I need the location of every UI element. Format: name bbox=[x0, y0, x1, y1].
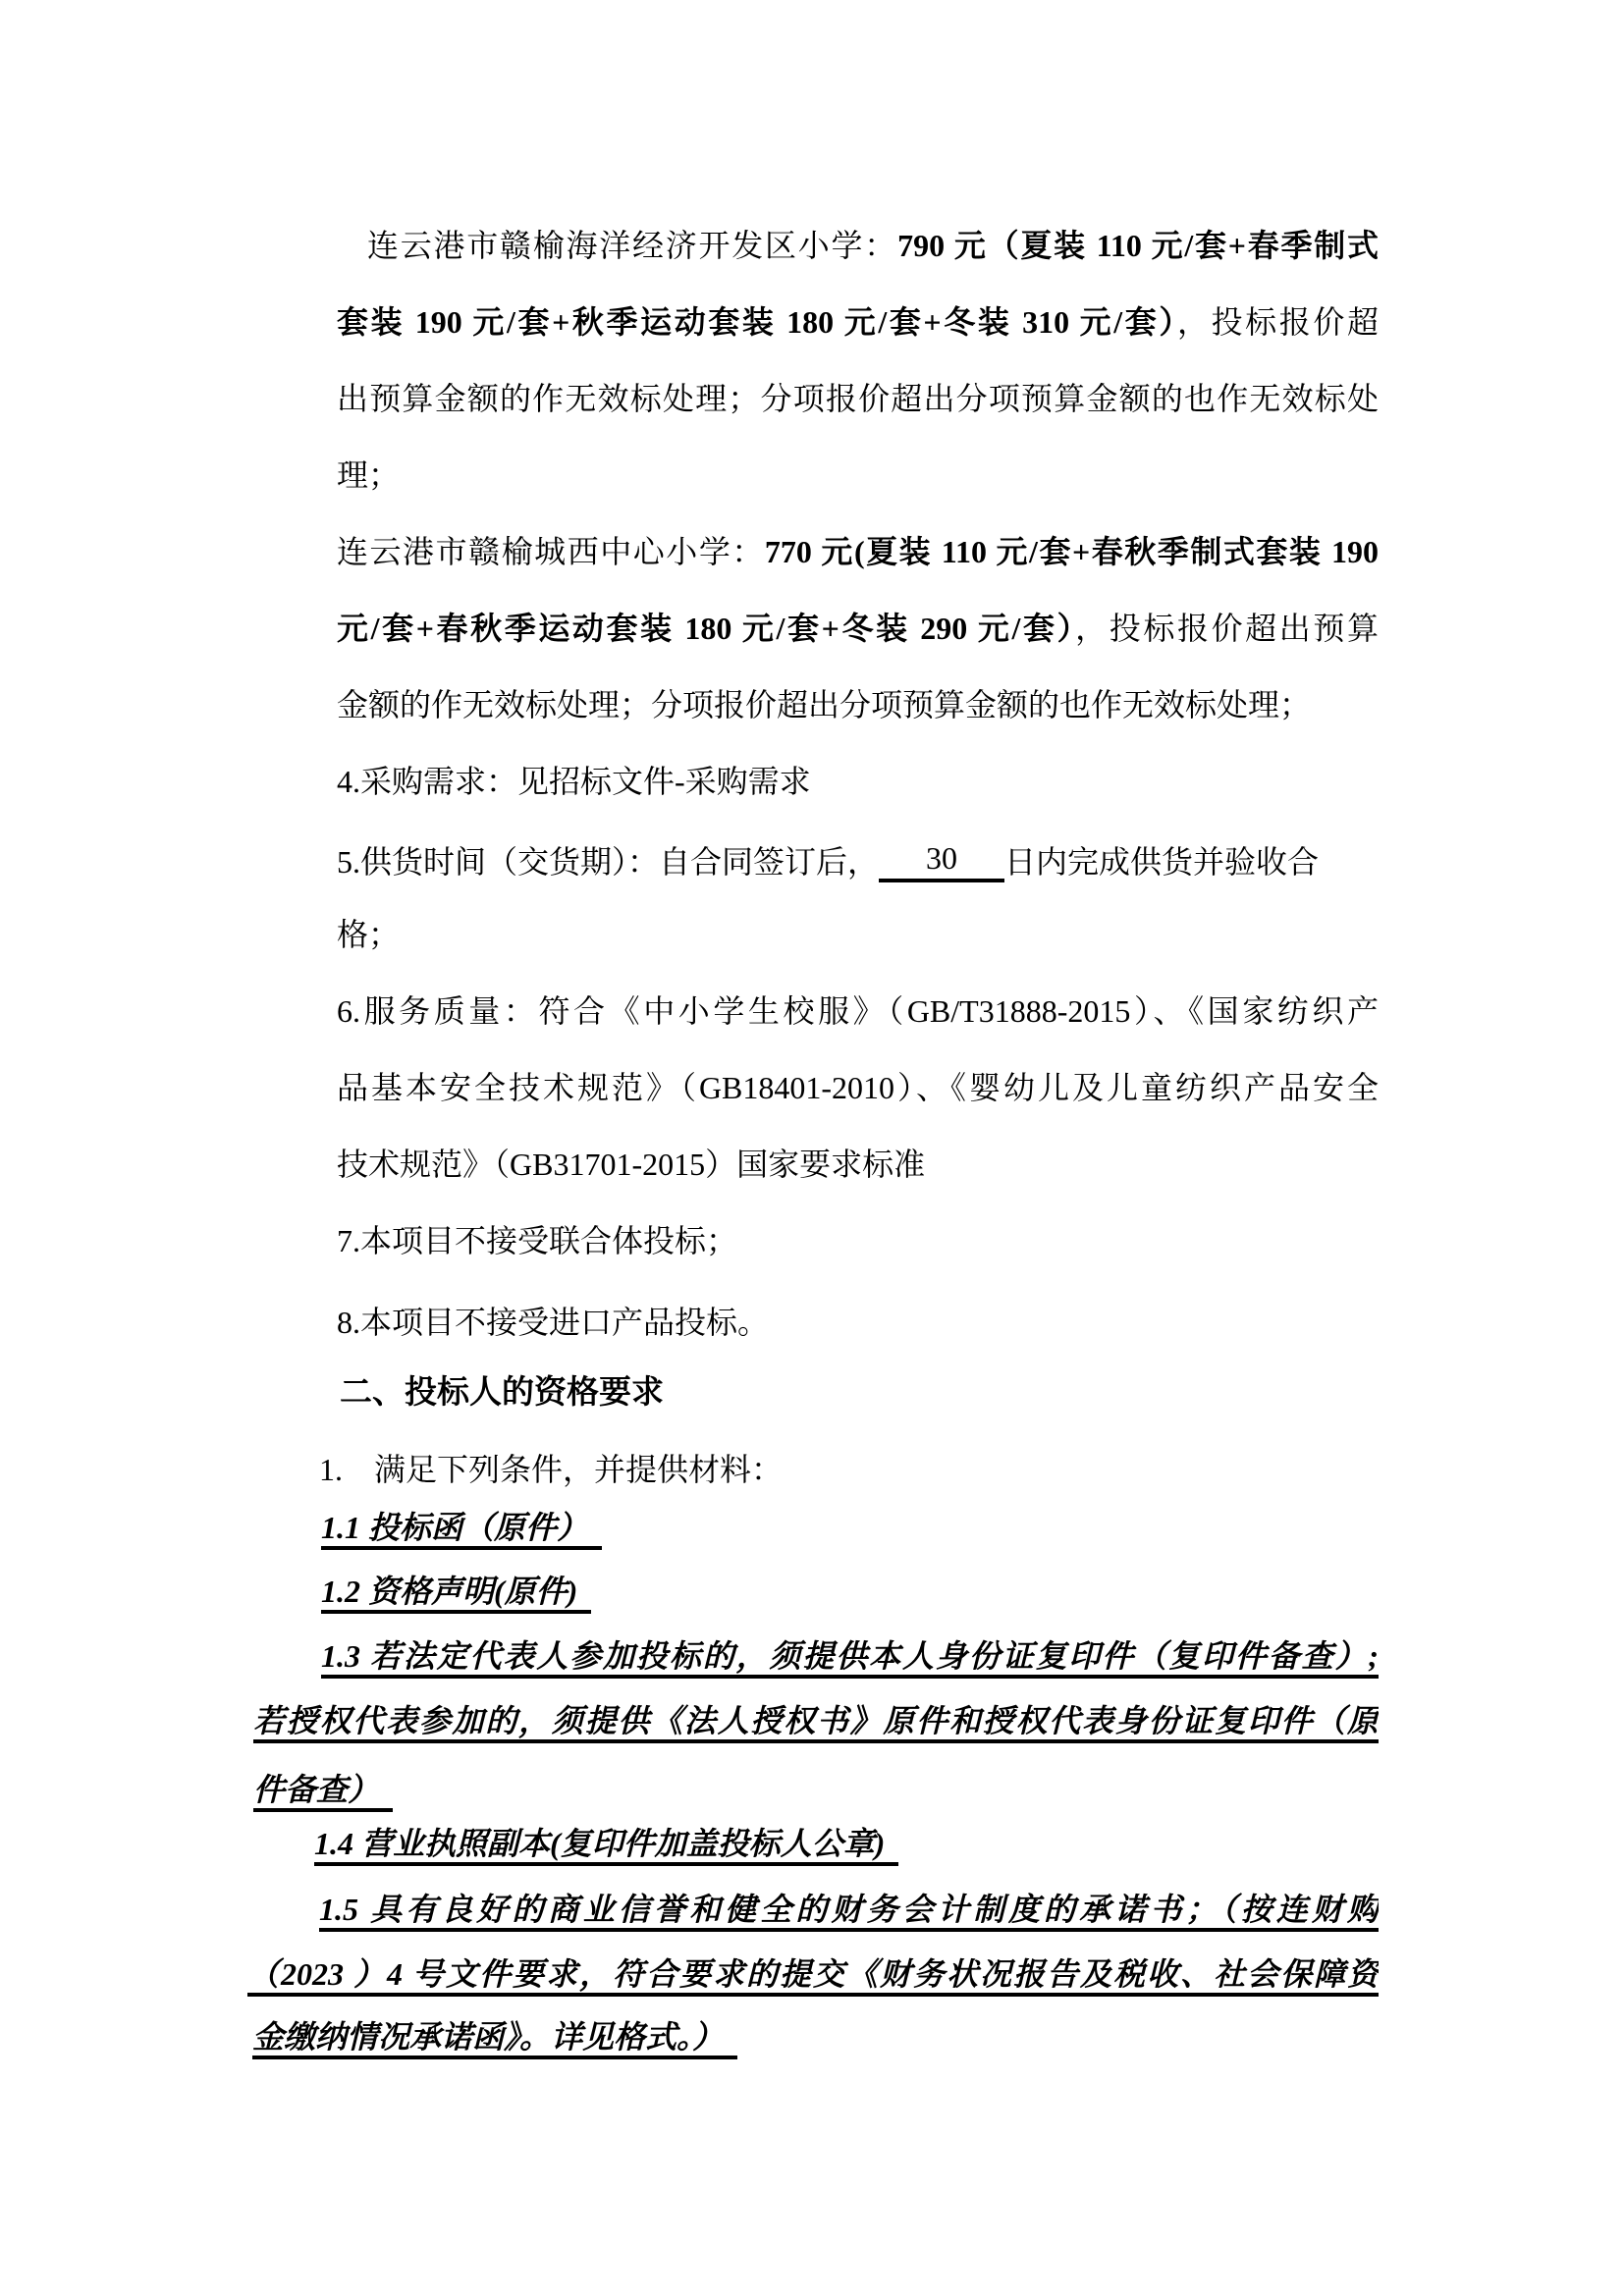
item-1-2-qualification-declaration: 1.2 资格声明(原件) bbox=[321, 1573, 591, 1614]
item-1-4-text: 1.4 营业执照副本(复印件加盖投标人公章) bbox=[314, 1826, 885, 1861]
section-2-heading: 二、投标人的资格要求 bbox=[340, 1370, 664, 1414]
school2-price-note: ，投标报价超出预算 bbox=[1075, 611, 1379, 646]
item-1-5-text-3: 金缴纳情况承诺函》。详见格式。） bbox=[252, 2019, 724, 2055]
school1-price-bold: 790 元（夏装 110 元/套+春季制式 bbox=[897, 228, 1379, 263]
document-page: 连云港市赣榆海洋经济开发区小学：790 元（夏装 110 元/套+春季制式 套装… bbox=[0, 0, 1624, 2296]
school2-price-bold: 770 元(夏装 110 元/套+春秋季制式套装 190 bbox=[765, 534, 1379, 569]
item-1-3-id-requirements-line-2: 若授权代表参加的，须提供《法人授权书》原件和授权代表身份证复印件（原 bbox=[253, 1702, 1379, 1743]
item-1-1-text: 1.1 投标函（原件） bbox=[321, 1510, 588, 1545]
item-1-conditions-intro: 1. 满足下列条件，并提供材料： bbox=[319, 1449, 783, 1490]
item-7-text: 7.本项目不接受联合体投标； bbox=[337, 1223, 737, 1258]
item-6-text-1: 6.服务质量：符合《中小学生校服》（GB/T31888-2015）、《国家纺织产 bbox=[337, 993, 1379, 1029]
item-1-5-text-1: 1.5 具有良好的商业信誉和健全的财务会计制度的承诺书；（按连财购 bbox=[319, 1892, 1379, 1927]
item-5-delivery-time-cont: 格； bbox=[337, 914, 400, 955]
item-8-no-imported-products: 8.本项目不接受进口产品投标。 bbox=[337, 1302, 769, 1343]
item-6-text-2: 品基本安全技术规范》（GB18401-2010）、《婴幼儿及儿童纺织产品安全 bbox=[337, 1070, 1379, 1105]
item-1-text: 1. 满足下列条件，并提供材料： bbox=[319, 1452, 783, 1487]
school2-name: 连云港市赣榆城西中心小学： bbox=[337, 534, 765, 569]
item-5-text-before-blank: 5.供货时间（交货期）：自合同签订后， bbox=[337, 844, 879, 880]
item-5-delivery-time: 5.供货时间（交货期）：自合同签订后，30日内完成供货并验收合 bbox=[337, 837, 1319, 882]
item-1-5-commitment-letter-line-1: 1.5 具有良好的商业信誉和健全的财务会计制度的承诺书；（按连财购 bbox=[319, 1891, 1379, 1932]
item-6-service-quality-line-1: 6.服务质量：符合《中小学生校服》（GB/T31888-2015）、《国家纺织产 bbox=[337, 990, 1379, 1032]
school2-invalid-bid-text: 金额的作无效标处理；分项报价超出分项预算金额的也作无效标处理； bbox=[337, 687, 1311, 722]
school2-price-line-1: 连云港市赣榆城西中心小学：770 元(夏装 110 元/套+春秋季制式套装 19… bbox=[337, 531, 1379, 572]
school2-price-bold-cont: 元/套+春秋季运动套装 180 元/套+冬装 290 元/套） bbox=[337, 611, 1075, 646]
item-1-5-text-2: （2023 ）4 号文件要求，符合要求的提交《财务状况报告及税收、社会保障资 bbox=[247, 1956, 1379, 1992]
item-1-2-text: 1.2 资格声明(原件) bbox=[321, 1574, 577, 1609]
item-6-text-3: 技术规范》（GB31701-2015）国家要求标准 bbox=[337, 1147, 925, 1182]
item-1-3-text-1: 1.3 若法定代表人参加投标的，须提供本人身份证复印件（复印件备查）; bbox=[321, 1638, 1379, 1674]
item-4-text: 4.采购需求：见招标文件-采购需求 bbox=[337, 764, 811, 799]
item-1-3-text-2: 若授权代表参加的，须提供《法人授权书》原件和授权代表身份证复印件（原 bbox=[253, 1703, 1379, 1738]
item-1-1-bid-letter: 1.1 投标函（原件） bbox=[321, 1509, 602, 1550]
school1-price-note: ，投标报价超 bbox=[1177, 304, 1379, 340]
delivery-days-blank: 30 bbox=[879, 837, 1004, 882]
item-1-4-business-license: 1.4 营业执照副本(复印件加盖投标人公章) bbox=[314, 1825, 898, 1866]
school1-price-bold-cont: 套装 190 元/套+秋季运动套装 180 元/套+冬装 310 元/套） bbox=[337, 304, 1177, 340]
school1-price-line-4: 理； bbox=[337, 454, 400, 496]
item-5-text-after-blank: 日内完成供货并验收合 bbox=[1004, 844, 1319, 880]
school1-price-line-2: 套装 190 元/套+秋季运动套装 180 元/套+冬装 310 元/套），投标… bbox=[337, 301, 1379, 343]
item-6-service-quality-line-2: 品基本安全技术规范》（GB18401-2010）、《婴幼儿及儿童纺织产品安全 bbox=[337, 1067, 1379, 1108]
item-1-3-id-requirements-line-3: 件备查） bbox=[253, 1771, 393, 1812]
school1-invalid-bid-text: 出预算金额的作无效标处理；分项报价超出分项预算金额的也作无效标处 bbox=[337, 381, 1379, 416]
school2-price-line-3: 金额的作无效标处理；分项报价超出分项预算金额的也作无效标处理； bbox=[337, 684, 1311, 725]
item-5-tail: 格； bbox=[337, 917, 400, 952]
school1-price-line-3: 出预算金额的作无效标处理；分项报价超出分项预算金额的也作无效标处 bbox=[337, 378, 1379, 419]
item-1-3-id-requirements-line-1: 1.3 若法定代表人参加投标的，须提供本人身份证复印件（复印件备查）; bbox=[321, 1637, 1379, 1679]
item-7-no-consortium-bids: 7.本项目不接受联合体投标； bbox=[337, 1220, 737, 1261]
section-2-heading-text: 二、投标人的资格要求 bbox=[340, 1373, 664, 1410]
item-8-text: 8.本项目不接受进口产品投标。 bbox=[337, 1305, 769, 1340]
school2-price-line-2: 元/套+春秋季运动套装 180 元/套+冬装 290 元/套），投标报价超出预算 bbox=[337, 608, 1379, 649]
item-1-3-text-3: 件备查） bbox=[253, 1772, 379, 1807]
item-6-service-quality-line-3: 技术规范》（GB31701-2015）国家要求标准 bbox=[337, 1144, 925, 1185]
school1-price-line-1: 连云港市赣榆海洋经济开发区小学：790 元（夏装 110 元/套+春季制式 bbox=[367, 225, 1379, 266]
school1-invalid-bid-tail: 理； bbox=[337, 457, 400, 493]
item-1-5-commitment-letter-line-3: 金缴纳情况承诺函》。详见格式。） bbox=[252, 2018, 737, 2059]
school1-name: 连云港市赣榆海洋经济开发区小学： bbox=[367, 228, 897, 263]
item-1-5-commitment-letter-line-2: （2023 ）4 号文件要求，符合要求的提交《财务状况报告及税收、社会保障资 bbox=[247, 1955, 1379, 1997]
item-4-procurement-requirements: 4.采购需求：见招标文件-采购需求 bbox=[337, 761, 811, 802]
